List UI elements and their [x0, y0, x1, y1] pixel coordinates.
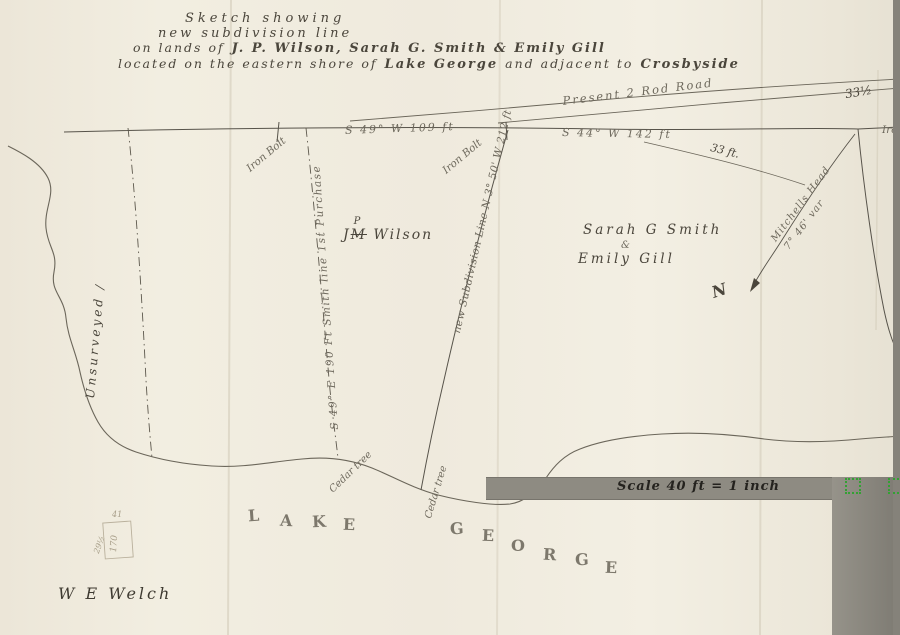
lake-name-letter: G [575, 550, 589, 569]
pencil-tally-inner: 170 [110, 535, 120, 553]
title-line3-prefix: on lands of [133, 42, 225, 55]
lake-name-letter: E [605, 558, 618, 577]
fold-crease-edge [876, 70, 878, 330]
scan-band-bottom-right [832, 477, 900, 635]
survey-line [64, 127, 900, 132]
scanner-mark-icon [888, 478, 900, 494]
owner-joiner: & [621, 241, 630, 251]
west-dashdot-line [128, 128, 152, 458]
wilson-initial: J [343, 227, 351, 243]
lake-name-letter: G [450, 519, 465, 539]
lake-name-letter: E [482, 526, 495, 545]
lake-name-letter: L [247, 506, 260, 526]
head-sight-line [752, 134, 855, 288]
map-title-line3: on lands of J. P. Wilson, Sarah G. Smith… [133, 42, 606, 55]
title-line3-names: J. P. Wilson, Sarah G. Smith & Emily Gil… [232, 42, 606, 55]
scale-note: Scale 40 ft = 1 inch [617, 480, 780, 493]
lake-name-letter: E [343, 515, 356, 534]
wilson-corrected-initial: P [354, 217, 363, 227]
sight-line-arrowhead [750, 278, 760, 292]
scanned-survey-map: Sketch showing new subdivision line on l… [0, 0, 900, 635]
pencil-tally-top: 41 [112, 511, 122, 519]
wilson-surname: Wilson [373, 227, 433, 243]
lake-name-letter: K [312, 512, 327, 531]
title-line4-lake: Lake George [385, 58, 499, 71]
parcel-label-smith: Sarah G Smith [583, 224, 722, 238]
map-title-line4: located on the eastern shore of Lake Geo… [118, 58, 740, 71]
title-line4-prefix: located on the eastern shore of [118, 58, 378, 71]
scanner-mark-icon [845, 478, 861, 494]
map-title-line1: Sketch showing [185, 12, 345, 25]
parcel-label-gill: Emily Gill [578, 253, 675, 267]
lake-name-letter: R [543, 545, 557, 565]
map-title-line2: new subdivision line [158, 27, 352, 40]
bearing-segment2: S 44° W 142 ft [562, 127, 672, 140]
road-line-lower [498, 88, 900, 123]
parcel-label-wilson: JPM Wilson [343, 228, 433, 242]
fold-crease-right [760, 0, 762, 635]
title-line4-place: Crosbyside [640, 58, 739, 71]
title-line4-mid: and adjacent to [505, 58, 633, 71]
surveyor-signature: W E Welch [58, 586, 172, 602]
wilson-correction-wrap: PM [351, 228, 367, 242]
map-drawing [0, 0, 900, 635]
scan-band-right-edge [893, 0, 900, 635]
fold-crease-center [497, 0, 500, 635]
fold-crease-left [228, 0, 231, 635]
lake-name-letter: A [280, 511, 293, 531]
wilson-struck-initial: M [351, 227, 367, 243]
lake-name-letter: O [511, 536, 525, 555]
